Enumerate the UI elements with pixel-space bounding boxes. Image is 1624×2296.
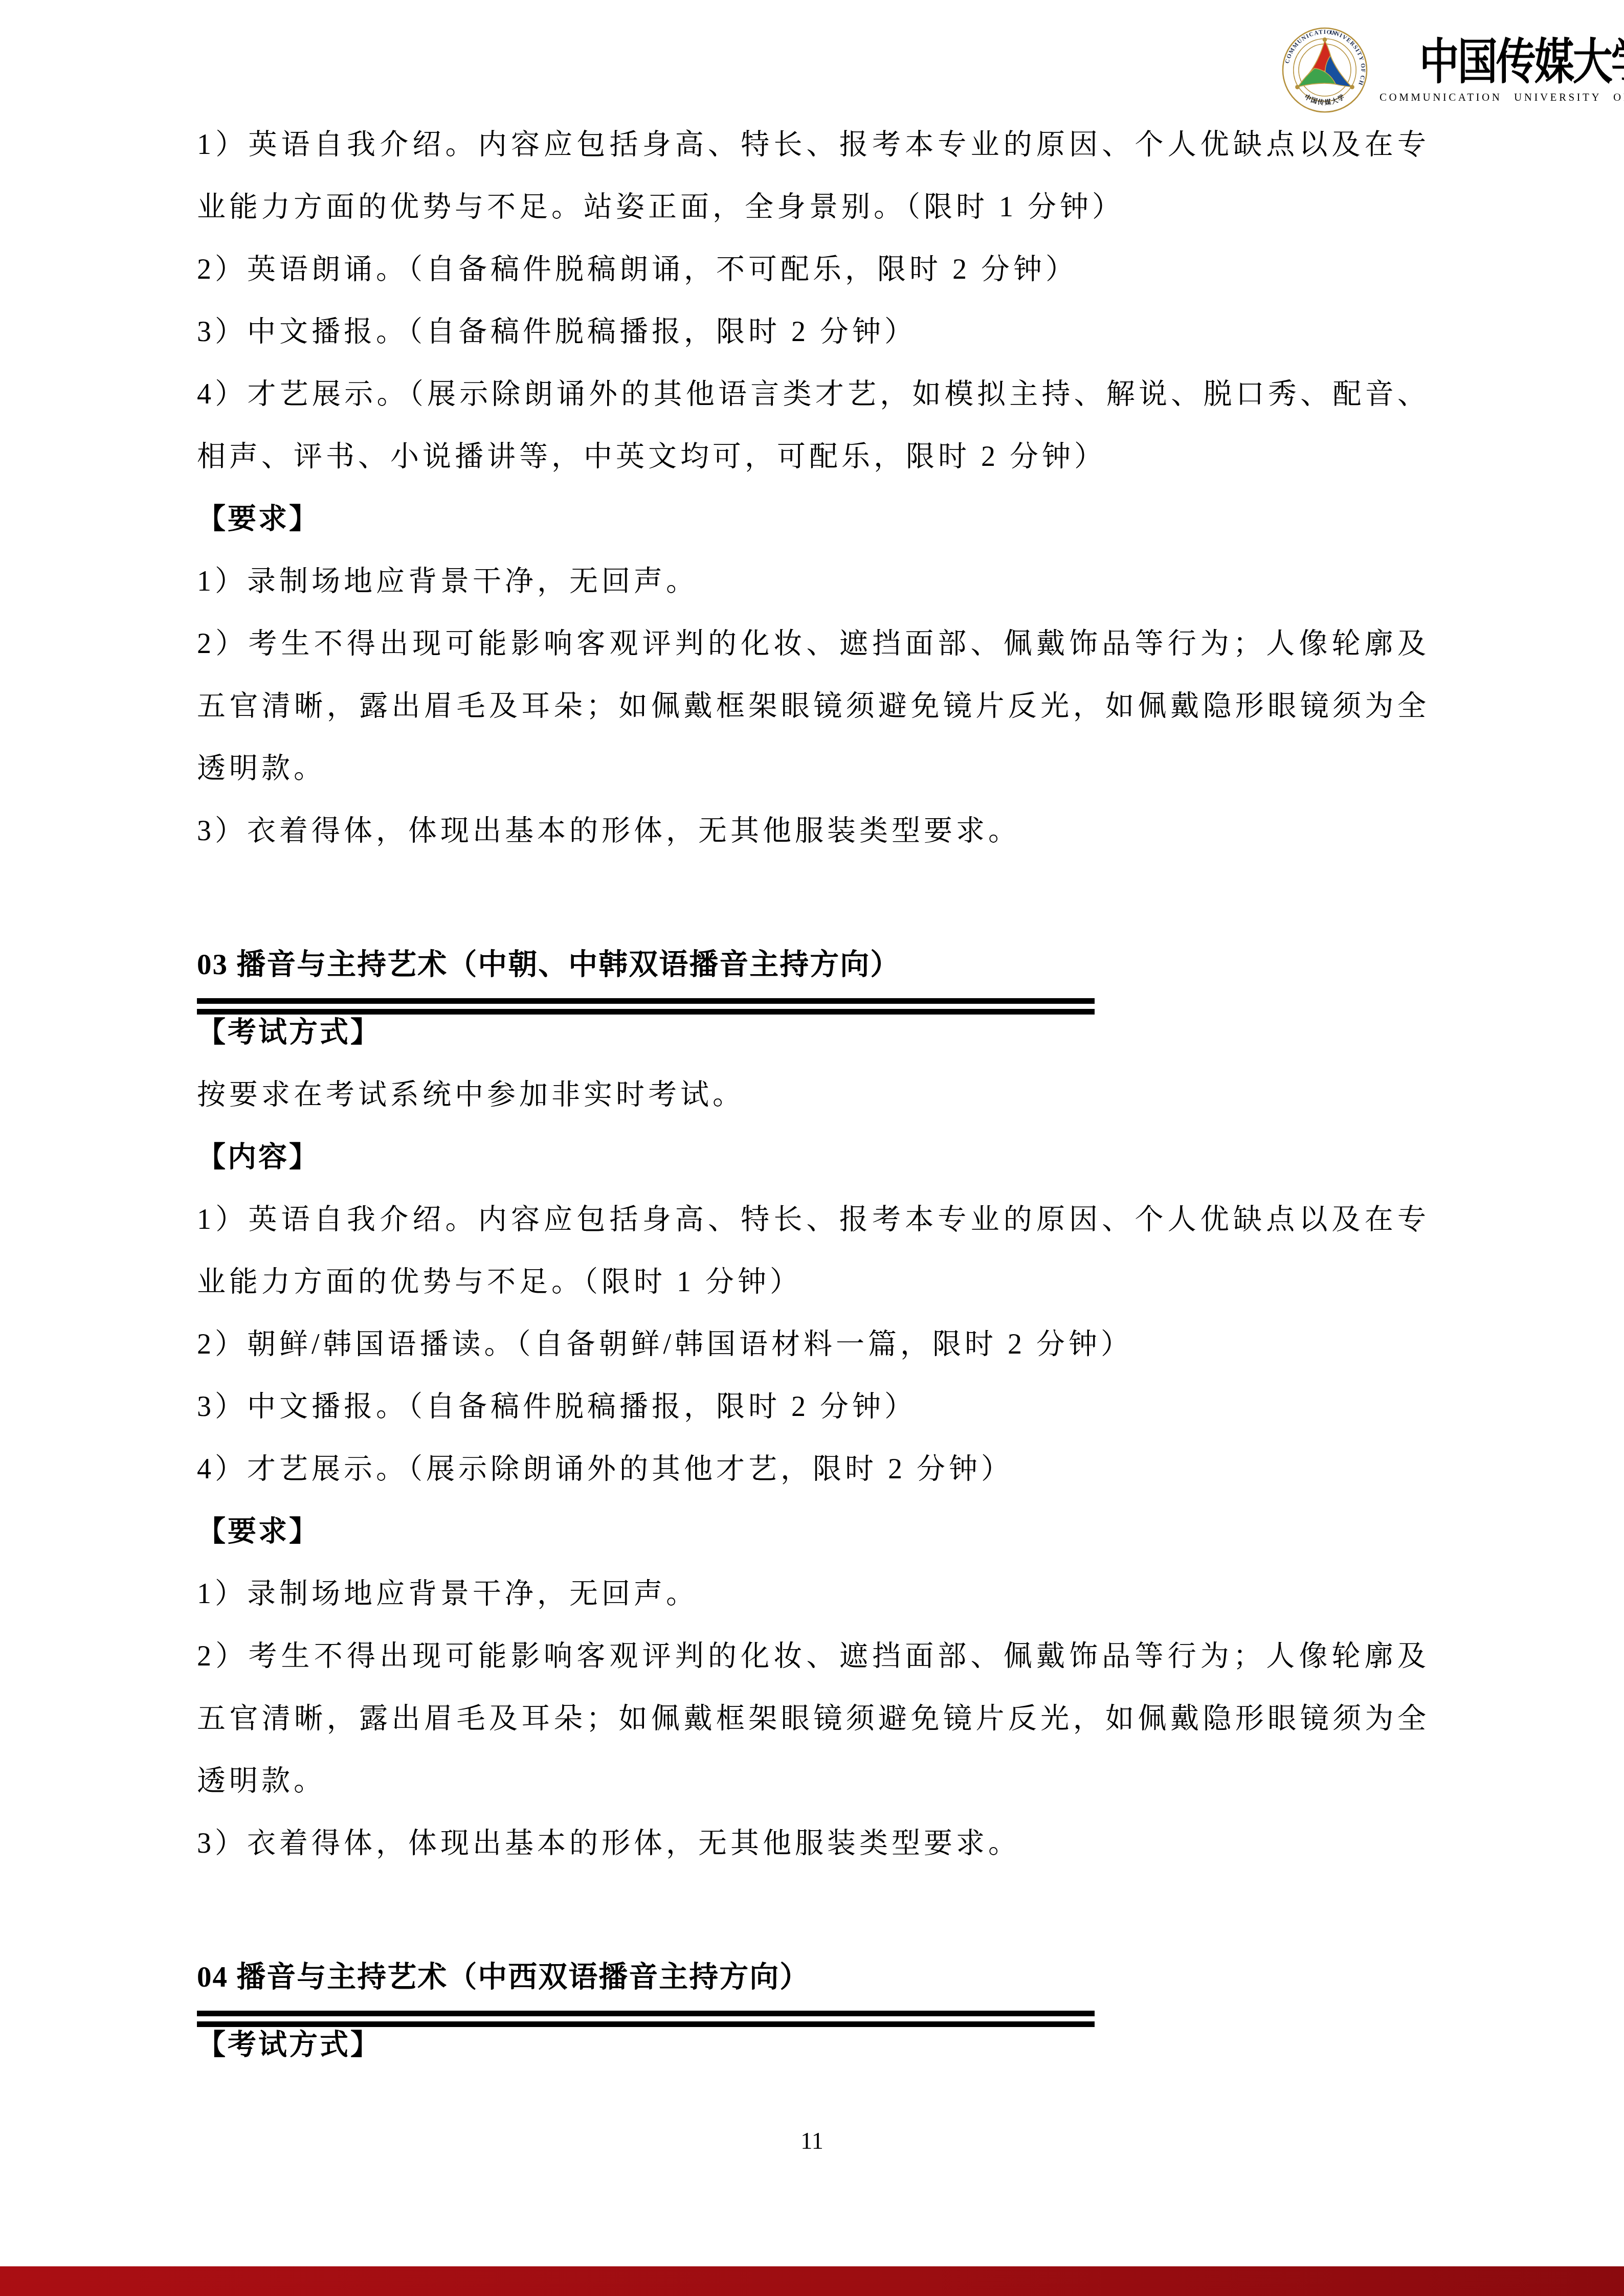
- document-page: COMMUNICATION UNIVERSITY OF CHINA 中国传媒大学…: [0, 0, 1624, 2296]
- section-03-title: 03 播音与主持艺术（中朝、中韩双语播音主持方向）: [197, 934, 1430, 996]
- paragraph-item: 2）考生不得出现可能影响客观评判的化妆、遮挡面部、佩戴饰品等行为；人像轮廓及五官…: [197, 1625, 1430, 1812]
- paragraph-item: 1）录制场地应背景干净，无回声。: [197, 1563, 1430, 1625]
- requirements-label: 【要求】: [197, 488, 1430, 550]
- paragraph-item: 2）英语朗诵。（自备稿件脱稿朗诵，不可配乐，限时 2 分钟）: [197, 238, 1430, 301]
- paragraph-item: 1）英语自我介绍。内容应包括身高、特长、报考本专业的原因、个人优缺点以及在专业能…: [197, 114, 1430, 238]
- paragraph-item: 4）才艺展示。（展示除朗诵外的其他才艺，限时 2 分钟）: [197, 1438, 1430, 1500]
- section-04-title: 04 播音与主持艺术（中西双语播音主持方向）: [197, 1946, 1430, 2009]
- university-logo: COMMUNICATION UNIVERSITY OF CHINA 中国传媒大学…: [1281, 27, 1624, 114]
- page-number: 11: [0, 2126, 1624, 2156]
- exam-method-label: 【考试方式】: [197, 2014, 1430, 2076]
- university-names: 中国传媒大学 COMMUNICATION UNIVERSITY OF CHINA: [1380, 37, 1624, 104]
- section-03: 03 播音与主持艺术（中朝、中韩双语播音主持方向） 【考试方式】 按要求在考试系…: [197, 934, 1430, 1875]
- emblem-dot-left: [1295, 85, 1300, 89]
- paragraph-item: 3）衣着得体，体现出基本的形体，无其他服装类型要求。: [197, 800, 1430, 862]
- paragraph-item: 3）中文播报。（自备稿件脱稿播报，限时 2 分钟）: [197, 1376, 1430, 1438]
- emblem-dot-right: [1350, 85, 1354, 89]
- paragraph-item: 2）考生不得出现可能影响客观评判的化妆、遮挡面部、佩戴饰品等行为；人像轮廓及五官…: [197, 613, 1430, 800]
- paragraph-item: 按要求在考试系统中参加非实时考试。: [197, 1064, 1430, 1126]
- section-02-continued: 1）英语自我介绍。内容应包括身高、特长、报考本专业的原因、个人优缺点以及在专业能…: [197, 114, 1430, 862]
- requirements-label: 【要求】: [197, 1500, 1430, 1563]
- exam-method-label: 【考试方式】: [197, 1001, 1430, 1064]
- content-label: 【内容】: [197, 1126, 1430, 1188]
- section-04: 04 播音与主持艺术（中西双语播音主持方向） 【考试方式】: [197, 1946, 1430, 2076]
- footer-red-bar: [0, 2266, 1624, 2296]
- university-name-chinese: 中国传媒大学: [1419, 31, 1624, 94]
- paragraph-item: 4）才艺展示。（展示除朗诵外的其他语言类才艺，如模拟主持、解说、脱口秀、配音、相…: [197, 363, 1430, 488]
- paragraph-item: 3）衣着得体，体现出基本的形体，无其他服装类型要求。: [197, 1812, 1430, 1875]
- paragraph-item: 3）中文播报。（自备稿件脱稿播报，限时 2 分钟）: [197, 301, 1430, 363]
- emblem-dot-top: [1323, 37, 1327, 42]
- paragraph-item: 1）英语自我介绍。内容应包括身高、特长、报考本专业的原因、个人优缺点以及在专业能…: [197, 1188, 1430, 1313]
- university-emblem-icon: COMMUNICATION UNIVERSITY OF CHINA 中国传媒大学: [1281, 27, 1368, 114]
- paragraph-item: 1）录制场地应背景干净，无回声。: [197, 550, 1430, 613]
- paragraph-item: 2）朝鲜/韩国语播读。（自备朝鲜/韩国语材料一篇，限时 2 分钟）: [197, 1313, 1430, 1376]
- document-body: 1）英语自我介绍。内容应包括身高、特长、报考本专业的原因、个人优缺点以及在专业能…: [197, 114, 1430, 2076]
